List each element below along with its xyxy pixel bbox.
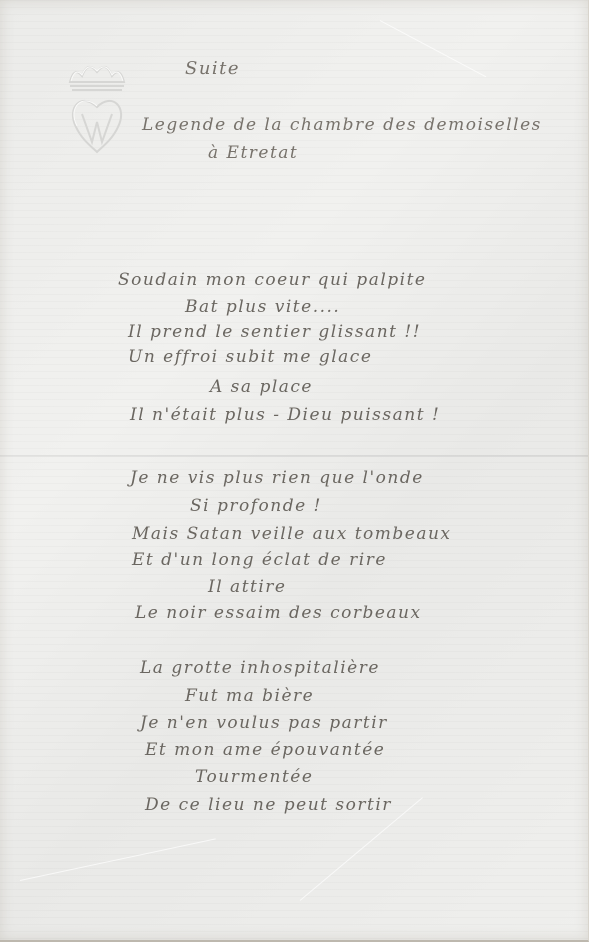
verse-line: Je ne vis plus rien que l'onde: [130, 468, 424, 488]
page-subtitle-line-2: à Etretat: [208, 143, 298, 163]
verse-line: Tourmentée: [195, 767, 313, 787]
verse-line: Il n'était plus - Dieu puissant !: [130, 405, 440, 425]
paper-crease: [20, 838, 216, 881]
verse-line: Fut ma bière: [185, 686, 314, 706]
verse-line: Je n'en voulus pas partir: [140, 713, 388, 733]
verse-line: Bat plus vite....: [185, 297, 340, 317]
manuscript-page: Suite Legende de la chambre des demoisel…: [0, 0, 589, 942]
page-subtitle-line-1: Legende de la chambre des demoiselles: [142, 115, 542, 135]
paper-crease: [380, 20, 486, 77]
verse-line: Si profonde !: [190, 496, 322, 516]
embossed-crown-monogram-icon: [62, 52, 132, 162]
verse-line: Soudain mon coeur qui palpite: [118, 270, 426, 290]
verse-line: A sa place: [210, 377, 313, 397]
verse-line: Un effroi subit me glace: [128, 347, 372, 367]
verse-line: Il attire: [208, 577, 286, 597]
verse-line: La grotte inhospitalière: [140, 658, 380, 678]
verse-line: Le noir essaim des corbeaux: [135, 603, 422, 623]
verse-line: Mais Satan veille aux tombeaux: [132, 524, 452, 544]
verse-line: De ce lieu ne peut sortir: [145, 795, 392, 815]
verse-line: Il prend le sentier glissant !!: [128, 322, 421, 342]
verse-line: Et mon ame épouvantée: [145, 740, 385, 760]
paper-fold-line: [0, 455, 588, 457]
verse-line: Et d'un long éclat de rire: [132, 550, 387, 570]
page-heading: Suite: [185, 58, 240, 79]
